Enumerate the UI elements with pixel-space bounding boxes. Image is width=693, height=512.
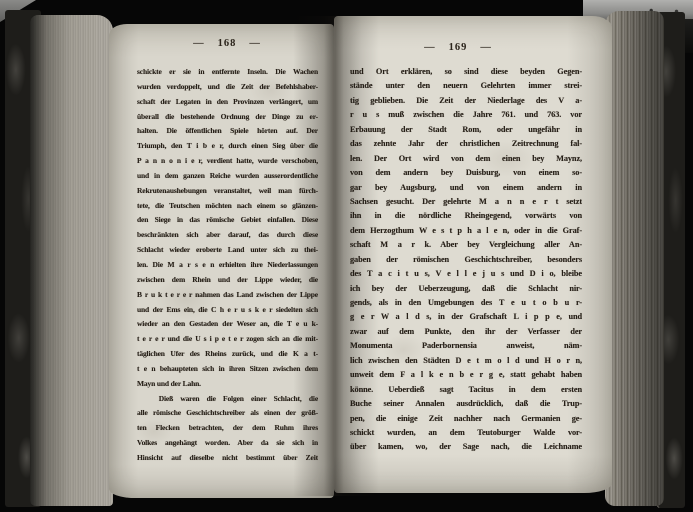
text-line: beschränkten sich aber darauf, das durch…	[137, 228, 318, 243]
text-line: und in dem ganzen Reiche wurden ausseror…	[137, 169, 318, 184]
text-line: Schlacht wieder eroberte Land unter sich…	[137, 243, 318, 258]
page-number-text: 169	[449, 42, 468, 53]
left-page-text: schickte er sie in entfernte Inseln. Die…	[137, 65, 318, 466]
open-book-photo: — 168 — schickte er sie in entfernte Ins…	[0, 0, 693, 512]
text-line: wurden verdoppelt, und die Zeit der Befe…	[137, 80, 318, 95]
right-page-169: — 169 — und Ort erklären, so sind diese …	[334, 16, 612, 493]
text-line: und Ort erklären, so sind diese beyden G…	[350, 65, 582, 79]
text-line: B r u k t e r e r nahmen das Land zwisch…	[137, 288, 318, 303]
header-dash: —	[480, 42, 492, 53]
text-line: wieder an den Gestaden der Weser an, die…	[137, 317, 318, 332]
header-dash: —	[193, 38, 205, 49]
text-line: Triumph, den T i b e r, durch einen Sieg…	[137, 139, 318, 154]
text-line: lich zwischen den Städten D e t m o l d …	[350, 354, 582, 368]
text-line: gends, als in den Umgebungen des T e u t…	[350, 296, 582, 310]
text-line: t e r e r und die U s i p e t e r zogen …	[137, 332, 318, 347]
text-line: zwischen dem Rhein und der Lippe wieder,…	[137, 273, 318, 288]
header-dash: —	[249, 38, 261, 49]
text-line: Volkes angehängt worden. Aber da sie sic…	[137, 436, 318, 451]
text-line: unweit dem F a l k e n b e r g e, statt …	[350, 368, 582, 382]
text-line: den Siege in das römische Gebiet einfall…	[137, 213, 318, 228]
text-line: schaft der Legaten in den Provinzen verl…	[137, 95, 318, 110]
left-page-number: — 168 —	[137, 38, 317, 49]
text-line: g e r W a l d s, in der Grafschaft L i p…	[350, 310, 582, 324]
text-line: alle römische Geschichtschreiber als ein…	[137, 406, 318, 421]
text-line: täglichen Ufer des Rheins zurück, und di…	[137, 347, 318, 362]
right-fore-edge-pages	[605, 11, 664, 506]
text-line: P a n n o n i e r, verdient hatte, wurde…	[137, 154, 318, 169]
text-line: t e n behaupteten sich in ihren Sitzen z…	[137, 362, 318, 377]
text-line: dem Herzogthum W e s t p h a l e n, oder…	[350, 224, 582, 238]
header-dash: —	[424, 42, 436, 53]
text-line: schickt wurden, an dem Teutoburger Walde…	[350, 426, 582, 440]
right-page-number: — 169 —	[350, 42, 566, 53]
text-line: das zehnte Jahr der christlichen Zeitrec…	[350, 137, 582, 151]
text-line: zwar auf dem Punkte, den ihr der Verfass…	[350, 325, 582, 339]
text-line: Dieß waren die Folgen einer Schlacht, di…	[137, 392, 318, 407]
text-line: Sachsen gesucht. Der gelehrte M a n n e …	[350, 195, 582, 209]
text-line: tig geblieben. Die Zeit der Niederlage d…	[350, 94, 582, 108]
text-line: von dem andern bey Duisburg, von einem s…	[350, 166, 582, 180]
left-fore-edge-pages	[30, 15, 113, 506]
text-line: über kamen, wo, der Sage nach, die Leich…	[350, 440, 582, 454]
text-line: halten. Die öffentlichen Spiele hörten a…	[137, 124, 318, 139]
text-line: gaben der römischen Geschichtschreiber, …	[350, 253, 582, 267]
text-line: len. Die M a r s e n erhielten ihre Nied…	[137, 258, 318, 273]
text-line: könne. Ueberdieß sagt Tacitus in dem ers…	[350, 383, 582, 397]
text-line: Erbauung der Stadt Rom, oder ungefähr in	[350, 123, 582, 137]
text-line: len. Der Ort wird von dem einen bey Mayn…	[350, 152, 582, 166]
text-line: Mayn und der Lahn.	[137, 377, 318, 392]
text-line: schaft M a r k. Aber bey Vergleichung al…	[350, 238, 582, 252]
text-line: stände unter den neuern Gelehrten immer …	[350, 79, 582, 93]
text-line: ich bey der Ueberzeugung, daß die Schlac…	[350, 282, 582, 296]
right-page-text: und Ort erklären, so sind diese beyden G…	[350, 65, 582, 455]
page-number-text: 168	[218, 38, 237, 49]
text-line: ten Flecken betrachten, der dem Ruhm ihr…	[137, 421, 318, 436]
left-page-168: — 168 — schickte er sie in entfernte Ins…	[109, 24, 334, 498]
text-line: und der Ems ein, die C h e r u s k e r s…	[137, 303, 318, 318]
text-line: schickte er sie in entfernte Inseln. Die…	[137, 65, 318, 80]
text-line: Buche seiner Annalen ausdrücklich, daß d…	[350, 397, 582, 411]
text-line: überall die bestehende Ordnung der Dinge…	[137, 110, 318, 125]
text-line: Rekrutenaushebungen veranstaltet, weil m…	[137, 184, 318, 199]
text-line: des T a c i t u s, V e l l e j u s und D…	[350, 267, 582, 281]
text-line: r u s muß zwischen die Jahre 761. und 76…	[350, 108, 582, 122]
text-line: pen, die einige Zeit nachher nach German…	[350, 412, 582, 426]
text-line: tete, die Teutschen möchten nach einem s…	[137, 199, 318, 214]
text-line: ihn in die nördliche Rheingegend, vorwär…	[350, 209, 582, 223]
text-line: Hinsicht auf dieselbe nicht bestimmt übe…	[137, 451, 318, 466]
text-line: Monumenta Paderbornensia anweist, näm-	[350, 339, 582, 353]
text-line: gar bey Augsburg, und von einem andern i…	[350, 181, 582, 195]
